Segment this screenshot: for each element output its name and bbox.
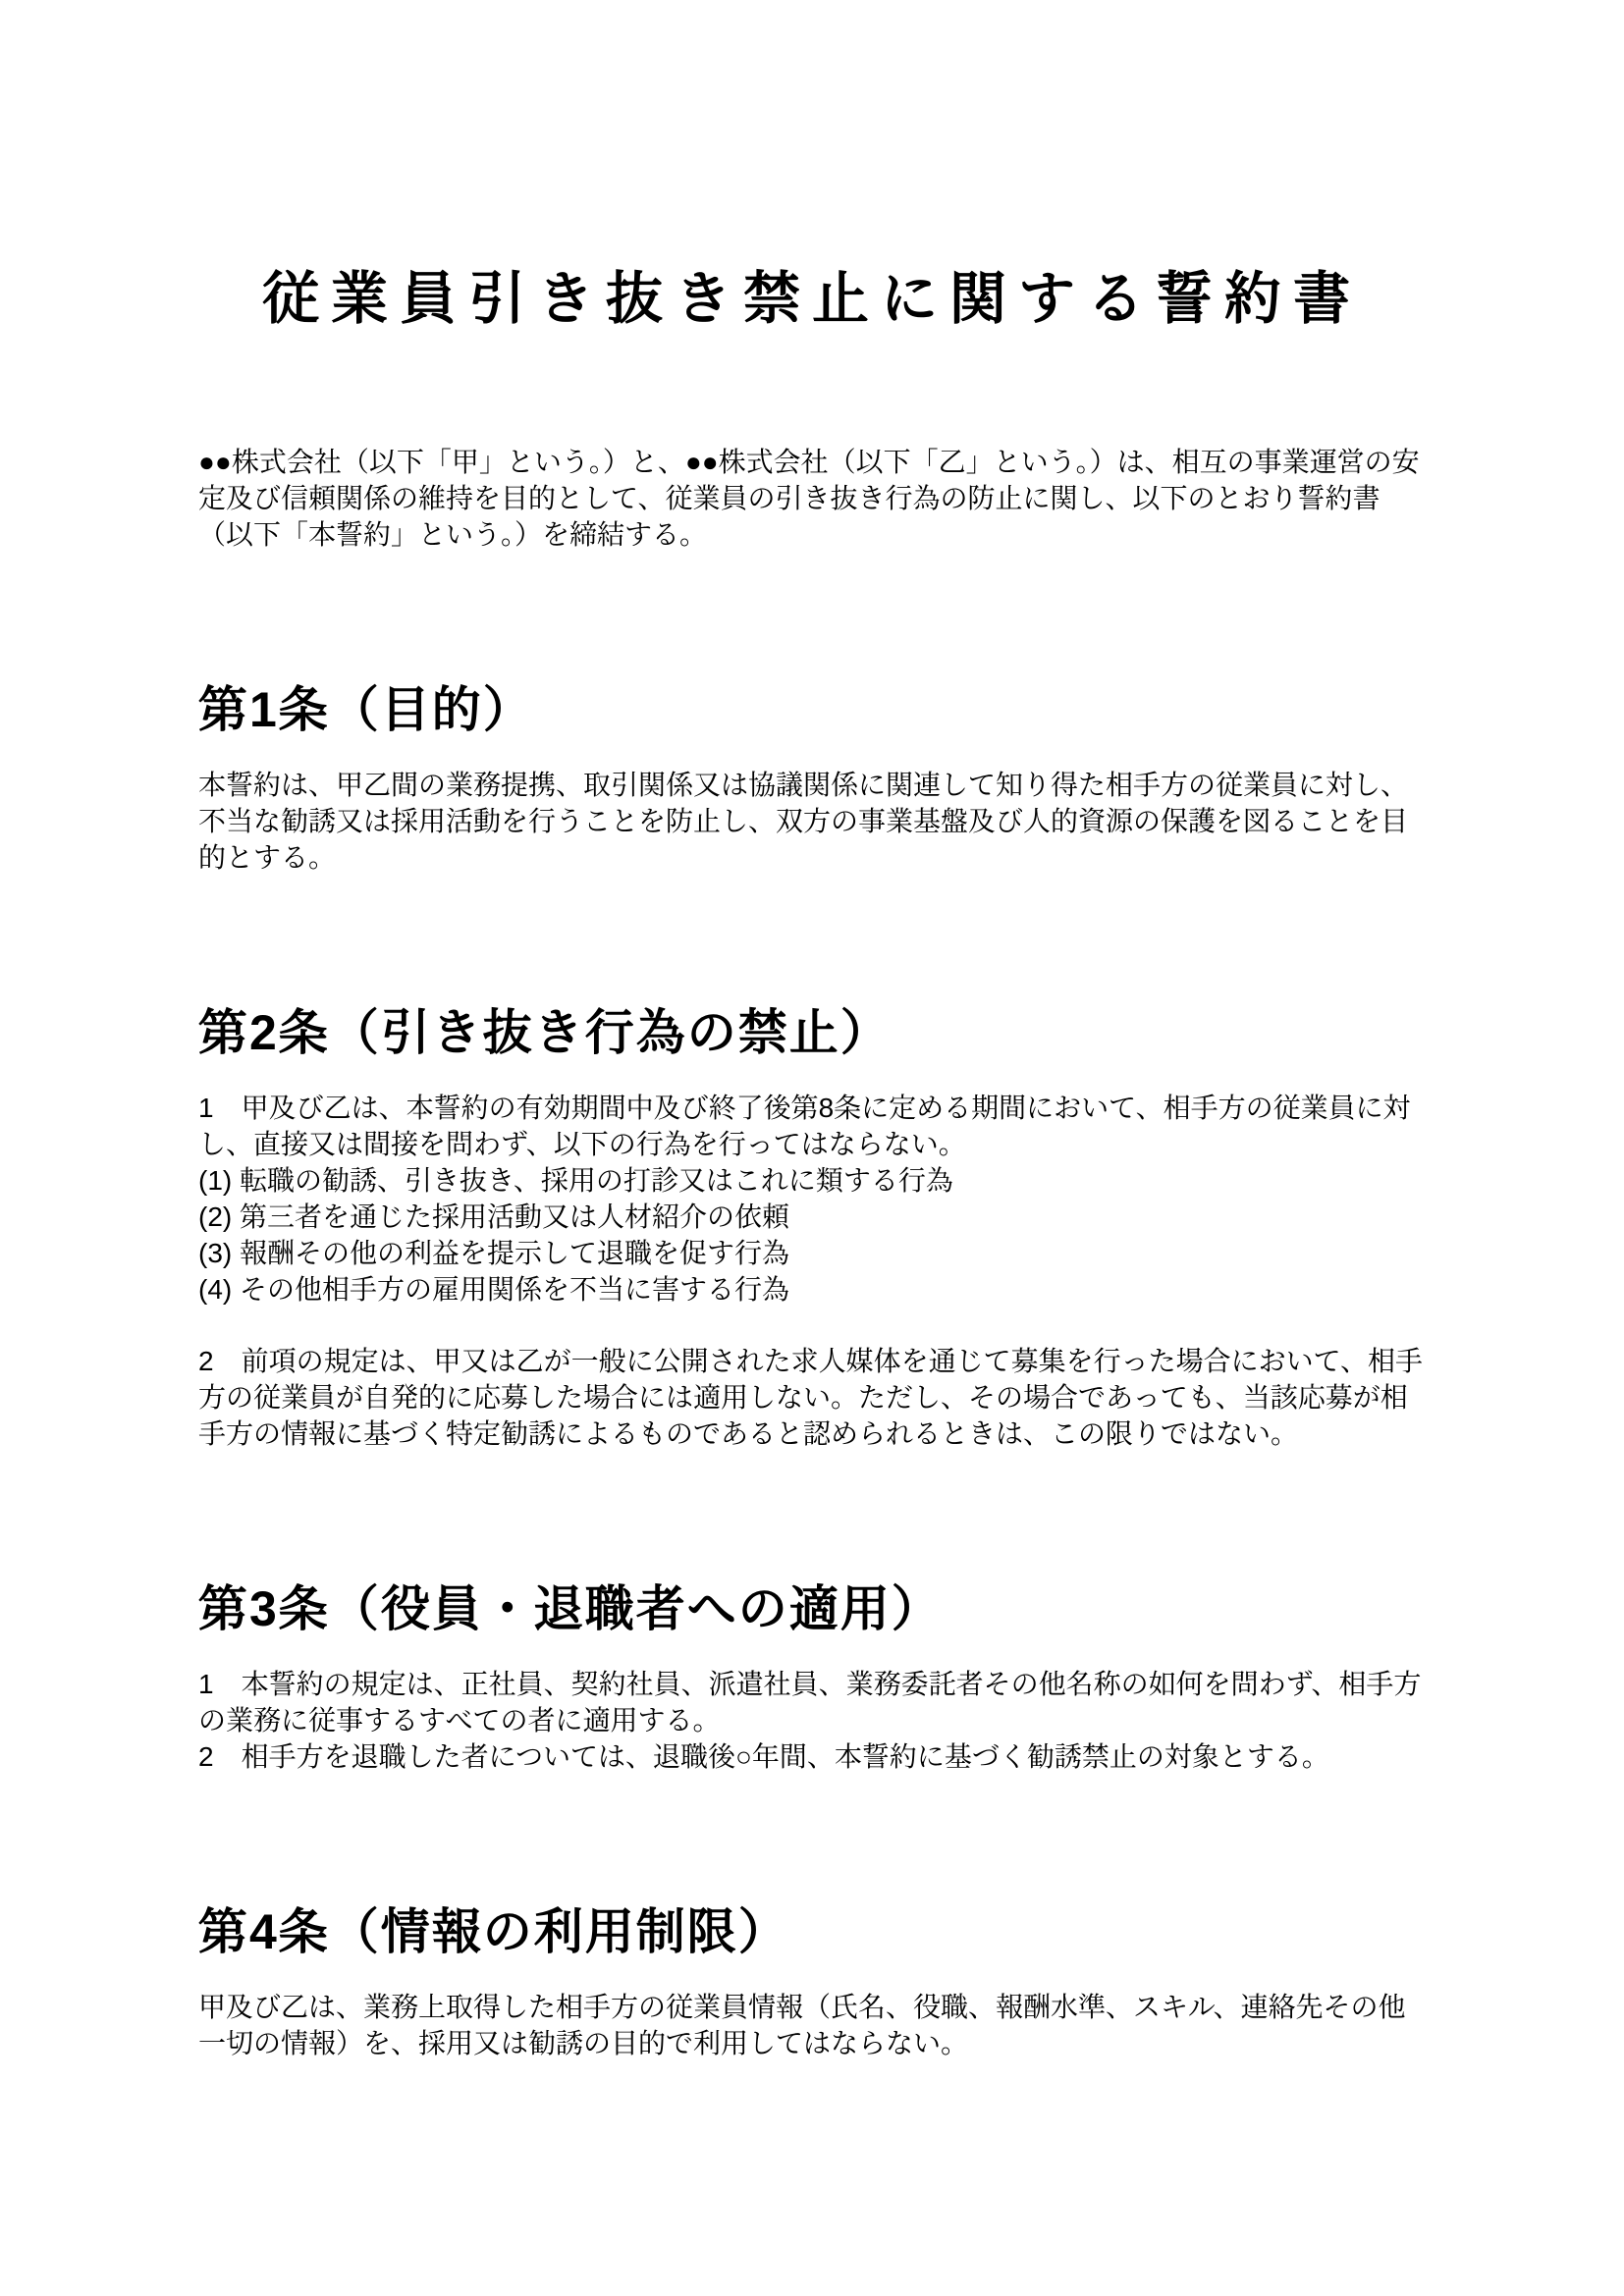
document-title: 従業員引き抜き禁止に関する誓約書 <box>198 265 1426 334</box>
article-2-item-4: (4) その他相手方の雇用関係を不当に害する行為 <box>198 1271 1426 1308</box>
article-4: 第4条（情報の利用制限） 甲及び乙は、業務上取得した相手方の従業員情報（氏名、役… <box>198 1902 1426 2061</box>
article-3-clause-2: 2 相手方を退職した者については、退職後○年間、本誓約に基づく勧誘禁止の対象とす… <box>198 1738 1426 1775</box>
article-2: 第2条（引き抜き行為の禁止） 1 甲及び乙は、本誓約の有効期間中及び終了後第8条… <box>198 1003 1426 1452</box>
article-2-item-3: (3) 報酬その他の利益を提示して退職を促す行為 <box>198 1235 1426 1271</box>
article-3-heading: 第3条（役員・退職者への適用） <box>198 1579 1426 1638</box>
article-4-paragraph: 甲及び乙は、業務上取得した相手方の従業員情報（氏名、役職、報酬水準、スキル、連絡… <box>198 1989 1426 2061</box>
article-2-item-1: (1) 転職の勧誘、引き抜き、採用の打診又はこれに類する行為 <box>198 1162 1426 1199</box>
article-3: 第3条（役員・退職者への適用） 1 本誓約の規定は、正社員、契約社員、派遣社員、… <box>198 1579 1426 1775</box>
article-1-heading: 第1条（目的） <box>198 680 1426 739</box>
intro-paragraph: ●●株式会社（以下「甲」という。）と、●●株式会社（以下「乙」という。）は、相互… <box>198 444 1426 553</box>
document-page: 従業員引き抜き禁止に関する誓約書 ●●株式会社（以下「甲」という。）と、●●株式… <box>0 0 1624 2296</box>
article-4-heading: 第4条（情報の利用制限） <box>198 1902 1426 1961</box>
article-2-item-2: (2) 第三者を通じた採用活動又は人材紹介の依頼 <box>198 1199 1426 1235</box>
article-1: 第1条（目的） 本誓約は、甲乙間の業務提携、取引関係又は協議関係に関連して知り得… <box>198 680 1426 876</box>
article-3-clause-1: 1 本誓約の規定は、正社員、契約社員、派遣社員、業務委託者その他名称の如何を問わ… <box>198 1666 1426 1738</box>
article-2-heading: 第2条（引き抜き行為の禁止） <box>198 1003 1426 1062</box>
article-2-clause-1: 1 甲及び乙は、本誓約の有効期間中及び終了後第8条に定める期間において、相手方の… <box>198 1090 1426 1162</box>
article-2-item-list: (1) 転職の勧誘、引き抜き、採用の打診又はこれに類する行為 (2) 第三者を通… <box>198 1162 1426 1308</box>
article-1-paragraph: 本誓約は、甲乙間の業務提携、取引関係又は協議関係に関連して知り得た相手方の従業員… <box>198 767 1426 876</box>
article-2-clause-2: 2 前項の規定は、甲又は乙が一般に公開された求人媒体を通じて募集を行った場合にお… <box>198 1343 1426 1452</box>
